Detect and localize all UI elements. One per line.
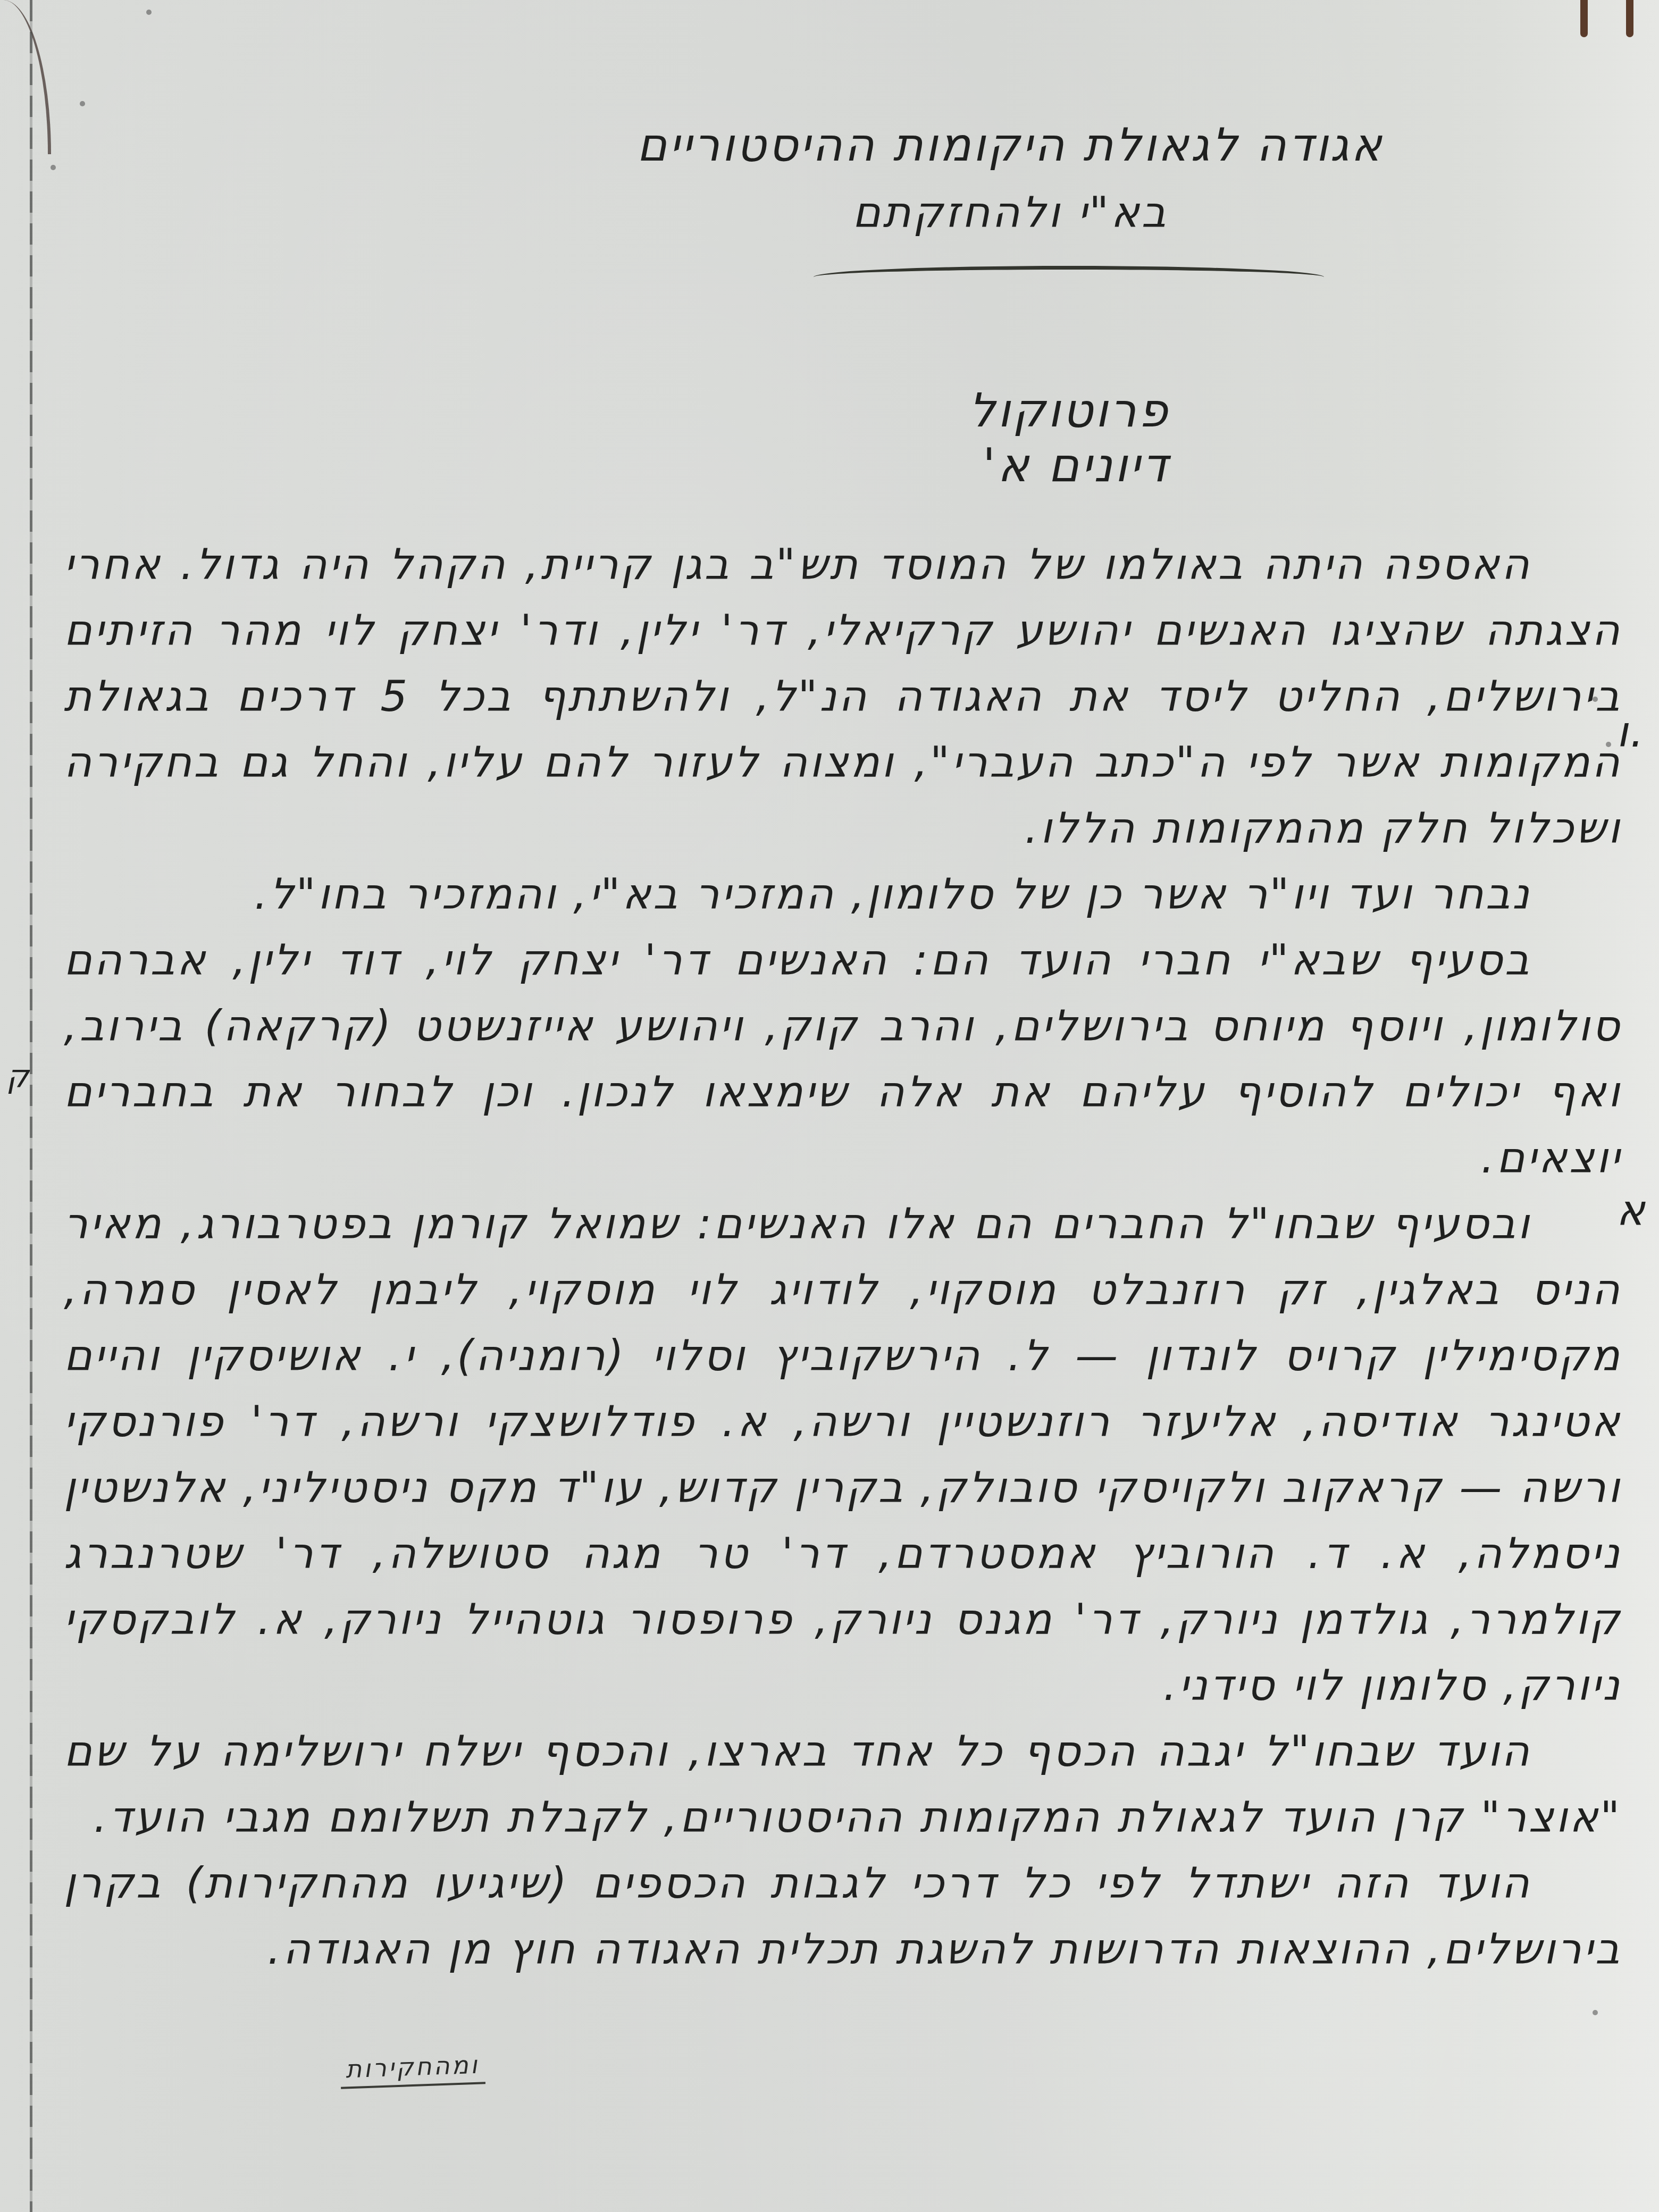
- margin-note: א: [1616, 1186, 1647, 1235]
- paragraph-members-israel: בסעיף שבא"י חברי הועד הם: האנשים דר' יצח…: [64, 927, 1622, 1191]
- paragraph-funds-usage: הועד הזה ישתדל לפי כל דרכי לגבות הכספים …: [64, 1850, 1622, 1982]
- document-body: האספה היתה באולמו של המוסד תש"ב בגן קריי…: [64, 532, 1622, 1982]
- document-title-line-2: בא"י ולהחזקתם: [585, 191, 1436, 234]
- binder-hole-mark: [1580, 0, 1588, 37]
- paragraph-founding: האספה היתה באולמו של המוסד תש"ב בגן קריי…: [64, 532, 1622, 861]
- margin-ruled-line: [30, 0, 32, 2212]
- paragraph-members-abroad: ובסעיף שבחו"ל החברים הם אלו האנשים: שמוא…: [64, 1191, 1622, 1719]
- margin-note: ק: [6, 1058, 31, 1095]
- paragraph-committee-elected: נבחר ועד ויו"ר אשר כן של סלומון, המזכיר …: [64, 861, 1622, 927]
- above-line-insertion: ומהחקירות: [340, 2050, 485, 2089]
- margin-note: ו.: [1616, 707, 1646, 757]
- document-title-line-1: אגודה לגאולת היקומות ההיסטוריים: [585, 122, 1436, 168]
- binder-hole-mark: [1626, 0, 1633, 37]
- paragraph-fundraising: הועד שבחו"ל יגבה הכסף כל אחד בארצו, והכס…: [64, 1719, 1622, 1850]
- document-subtitle: פרוטוקול דיונים א': [851, 383, 1170, 492]
